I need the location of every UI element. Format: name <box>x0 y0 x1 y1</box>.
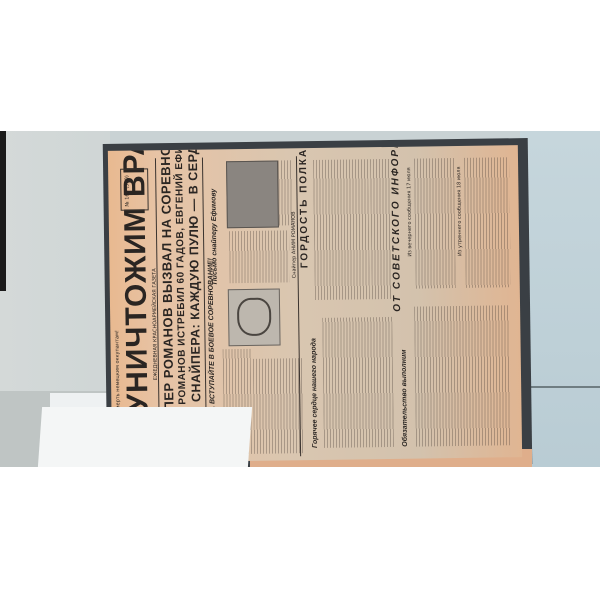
sovinformburo-text <box>464 157 511 288</box>
letter-title: Письмо снайперу Ефимову <box>210 189 218 285</box>
photograph: ★ Смерть немецким оккупантам! УНИЧТОЖИМ … <box>0 131 600 467</box>
guards-badge-image <box>228 288 281 346</box>
surface-seam <box>520 386 600 388</box>
sovinformburo-title: ОТ СОВЕТСКОГО ИНФОРМБЮРО <box>389 145 403 312</box>
dark-edge <box>0 131 6 291</box>
pride-text <box>313 159 370 300</box>
pride-text <box>370 159 392 299</box>
hot-heart-text <box>322 317 394 448</box>
hot-heart-title: Горячее сердце нашего народа <box>310 338 319 448</box>
background-surface-right <box>520 131 600 467</box>
sovinformburo-text <box>414 158 456 289</box>
background-surface-left <box>0 131 110 391</box>
duty-text <box>414 305 511 446</box>
article-text <box>253 358 304 454</box>
letter-text <box>229 230 290 283</box>
issue-number: № 163 (310) <box>124 175 130 206</box>
badge-emblem-icon <box>237 298 272 336</box>
duty-title: Обязательство выполним <box>401 350 409 447</box>
pride-title: ГОРДОСТЬ ПОЛКА <box>298 148 311 269</box>
news-photo <box>226 161 279 229</box>
loose-paper-sheet <box>38 407 252 467</box>
sovinformburo-evening: Из вечернего сообщения 17 июля <box>406 167 413 256</box>
sovinformburo-morning: Из утреннего сообщения 18 июля <box>456 166 463 256</box>
